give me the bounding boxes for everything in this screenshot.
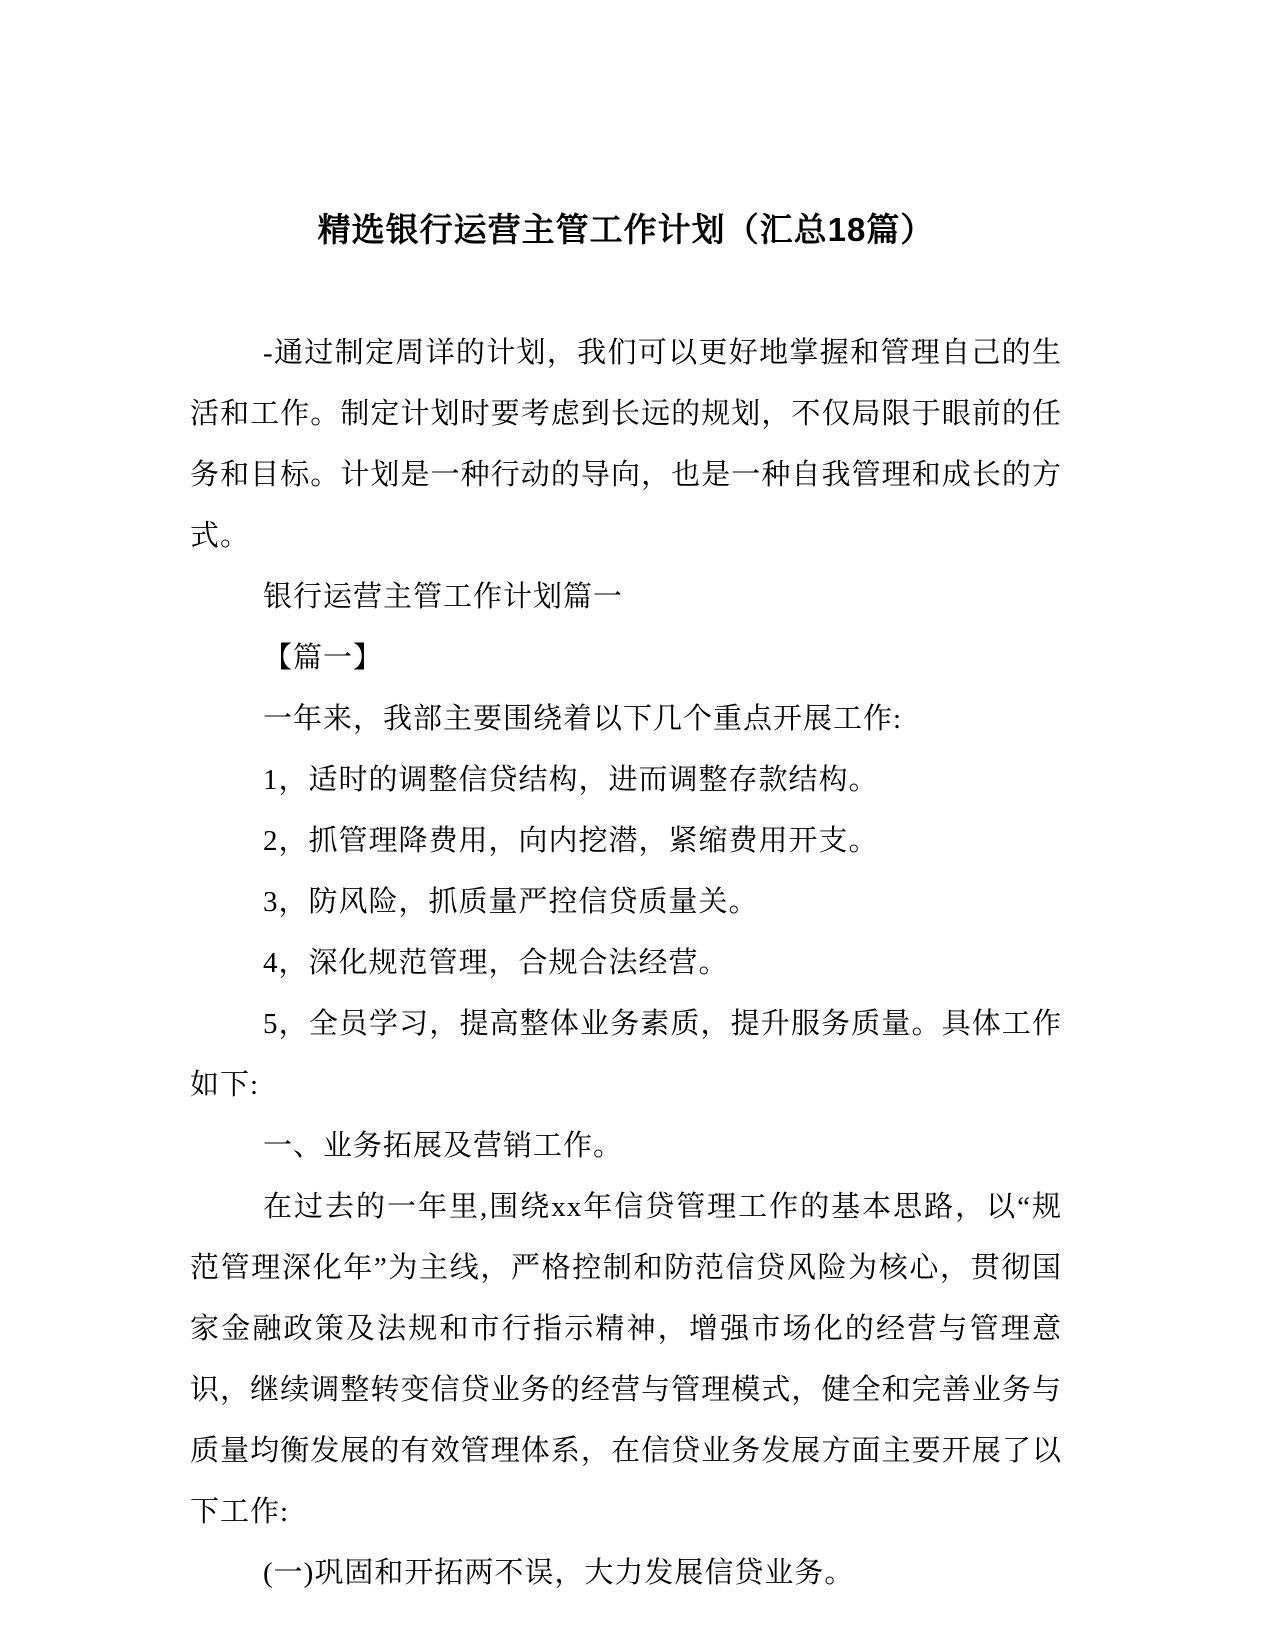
paragraph: -通过制定周详的计划，我们可以更好地掌握和管理自己的生活和工作。制定计划时要考虑… — [190, 323, 1062, 567]
document-page: 精选银行运营主管工作计划（汇总18篇） -通过制定周详的计划，我们可以更好地掌握… — [0, 0, 1275, 1650]
paragraph: 在过去的一年里,围绕xx年信贷管理工作的基本思路，以“规范管理深化年”为主线，严… — [190, 1177, 1062, 1543]
paragraph: 1，适时的调整信贷结构，进而调整存款结构。 — [190, 750, 1062, 811]
document-title: 精选银行运营主管工作计划（汇总18篇） — [190, 210, 1062, 250]
paragraph: 一年来，我部主要围绕着以下几个重点开展工作: — [190, 689, 1062, 750]
paragraph: 4，深化规范管理，合规合法经营。 — [190, 933, 1062, 994]
paragraph: (一)巩固和开拓两不误，大力发展信贷业务。 — [190, 1543, 1062, 1604]
paragraph: 银行运营主管工作计划篇一 — [190, 567, 1062, 628]
paragraph: 5，全员学习，提高整体业务素质，提升服务质量。具体工作如下: — [190, 994, 1062, 1116]
paragraph: 2，抓管理降费用，向内挖潜，紧缩费用开支。 — [190, 811, 1062, 872]
document-body: -通过制定周详的计划，我们可以更好地掌握和管理自己的生活和工作。制定计划时要考虑… — [190, 323, 1062, 1604]
paragraph: 一、业务拓展及营销工作。 — [190, 1116, 1062, 1177]
paragraph: 【篇一】 — [190, 628, 1062, 689]
paragraph: 3，防风险，抓质量严控信贷质量关。 — [190, 872, 1062, 933]
